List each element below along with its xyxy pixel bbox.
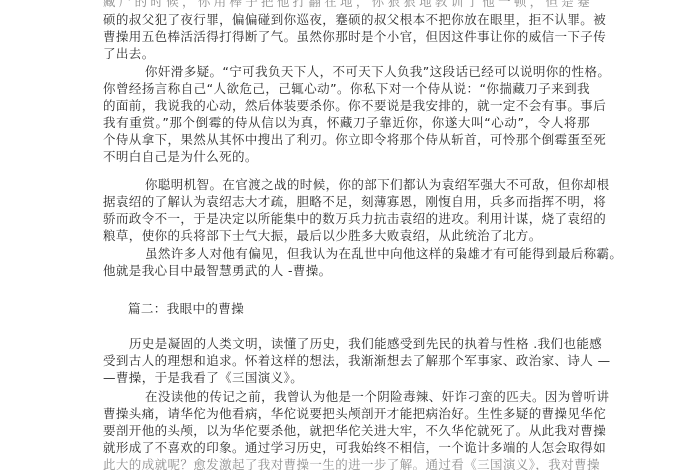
document-text-line: 要剖开他的头颅，以为华佗要杀他，就把华佗关进大牢，不久华佗就死了。从此我对曹操 — [103, 422, 590, 439]
document-text-line: 他就是我心目中最智慧勇武的人 -曹操。 — [103, 262, 590, 279]
document-text-line: 在没读他的传记之前，我曾认为他是一个阴险毒辣、奸诈刁蛮的匹夫。因为曾听讲 — [103, 388, 590, 405]
document-page: 藏尸的时候，你用棒子把他打翻在地，你狠狠地教训了他一顿，但是蹇硕的叔父犯了夜行罪… — [0, 0, 700, 470]
document-text-line: 你奸滑多疑。“宁可我负天下人，不可天下人负我”这段话已经可以说明你的性格。 — [103, 63, 590, 80]
document-text-line: 硕的叔父犯了夜行罪，偏偏碰到你巡夜，蹇硕的叔父根本不把你放在眼里，拒不认罪。被 — [103, 11, 590, 28]
document-text-line: 不明白自己是为什么死的。 — [103, 148, 590, 165]
document-text-line: 你聪明机智。在官渡之战的时候，你的部下们都认为袁绍军强大不可敌，但你却根 — [103, 176, 590, 193]
document-text-line: 历史是凝固的人类文明，读懂了历史，我们能感受到先民的执着与性格 .我们也能感 — [103, 335, 590, 352]
document-text-line: 了出去。 — [103, 45, 590, 62]
document-text-line: 曹操用五色棒活活得打得断了气。虽然你那时是个小官，但因这件事让你的威信一下子传 — [103, 28, 590, 45]
document-text-line: 粮草，使你的兵将部下士气大振，最后以少胜多大败袁绍，从此统治了北方。 — [103, 227, 590, 244]
section-heading: 篇二：我眼中的曹操 — [128, 300, 244, 317]
document-text-line: 就形成了不喜欢的印象。通过学习历史，可我始终不相信，一个诡计多端的人怎会取得如 — [103, 439, 590, 456]
document-text-line: 虽然许多人对他有偏见，但我认为在乱世中向他这样的枭雄才有可能得到最后称霸。 — [103, 245, 590, 262]
document-text-line: 受到古人的理想和追求。怀着这样的想法，我渐渐想去了解那个军事家、政治家、诗人 — — [103, 352, 590, 369]
document-text-line: 我有重赏。”那个倒霉的侍从信以为真，怀藏刀子靠近你，你遂大叫“心动”，令人将那 — [103, 114, 590, 131]
document-text-line: 你曾经扬言称自己“人欲危己，己辄心动”。你私下对一个侍从说：“你揣藏刀子来到我 — [103, 80, 590, 97]
document-text-line: 骄而政令不一，于是决定以所能集中的数万兵力抗击袁绍的进攻。利用计谋，烧了袁绍的 — [103, 210, 590, 227]
document-text-line: 此大的成就呢？愈发激起了我对曹操一生的进一步了解。通过看《三国演义》，我对曹操 — [103, 456, 590, 470]
document-text-line: 曹操头痛，请华佗为他看病，华佗说要把头颅剖开才能把病治好。生性多疑的曹操见华佗 — [103, 405, 590, 422]
document-text-line: —曹操，于是我看了《三国演义》。 — [103, 369, 590, 386]
document-text-line: 的面前，我说我的心动，然后体装要杀你。你不要说是我安排的，就一定不会有事。事后 — [103, 97, 590, 114]
document-text-line: 个侍从拿下，果然从其怀中搜出了利刃。你立即令将那个侍从斩首，可怜那个倒霉蛋至死 — [103, 131, 590, 148]
document-text-line: 藏尸的时候，你用棒子把他打翻在地，你狠狠地教训了他一顿，但是蹇 — [103, 0, 590, 10]
document-text-line: 据袁绍的了解认为袁绍志大才疏，胆略不足，刻薄寡恩，刚愎自用，兵多而指挥不明，将 — [103, 193, 590, 210]
